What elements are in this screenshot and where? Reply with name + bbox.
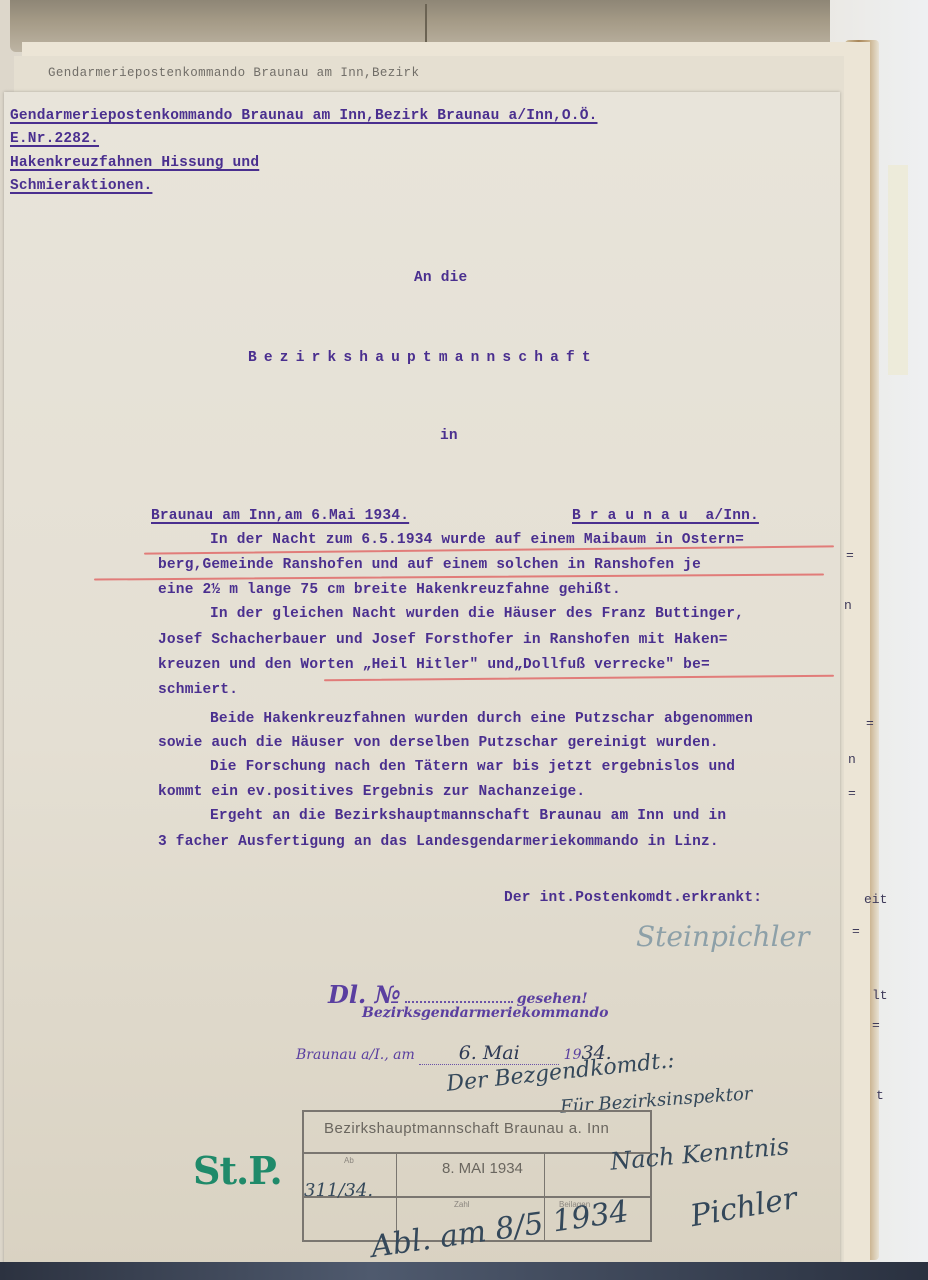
- routing-stamp: St.P.: [193, 1148, 282, 1193]
- recipient: Bezirkshauptmannschaft: [248, 350, 598, 366]
- registry-stamp-title: Bezirkshauptmannschaft Braunau a. Inn: [324, 1120, 609, 1137]
- destination: B r a u n a u a/Inn.: [572, 508, 759, 524]
- background-sheet-header: Gendarmeriepostenkommando Braunau am Inn…: [48, 66, 419, 80]
- body-line: Josef Schacherbauer und Josef Forsthofer…: [158, 632, 728, 648]
- body-line: kommt ein ev.positives Ergebnis zur Nach…: [158, 784, 585, 800]
- body-line: 3 facher Ausfertigung an das Landesgenda…: [158, 834, 719, 850]
- folder-seam: [425, 4, 427, 46]
- address-to: An die: [414, 270, 467, 286]
- underlying-page-fragments: = n = n = eit = lt = t: [840, 0, 900, 1280]
- body-line: kreuzen und den Worten „Heil Hitler" und…: [158, 657, 710, 673]
- handwritten-signature: Steinpichler: [636, 920, 810, 953]
- body-line: sowie auch die Häuser von derselben Putz…: [158, 735, 719, 751]
- body-line: schmiert.: [158, 682, 238, 698]
- red-pencil-underline: [94, 573, 824, 580]
- body-line: Beide Hakenkreuzfahnen wurden durch eine…: [210, 711, 753, 727]
- body-line: In der gleichen Nacht wurden die Häuser …: [210, 606, 744, 622]
- body-line: In der Nacht zum 6.5.1934 wurde auf eine…: [210, 532, 744, 548]
- address-in: in: [440, 428, 458, 444]
- subject-line-1: Hakenkreuzfahnen Hissung und: [10, 155, 259, 171]
- table-surface: [0, 1262, 928, 1280]
- signature-line: Der int.Postenkomdt.erkrankt:: [504, 890, 762, 906]
- body-line: Ergeht an die Bezirkshauptmannschaft Bra…: [210, 808, 726, 824]
- body-line: berg,Gemeinde Ranshofen und auf einem so…: [158, 557, 701, 573]
- registry-received-date: 8. MAI 1934: [442, 1160, 523, 1177]
- red-pencil-underline: [324, 675, 834, 681]
- file-number: E.Nr.2282.: [10, 131, 99, 147]
- subject-line-2: Schmieraktionen.: [10, 178, 152, 194]
- seen-stamp-authority: Bezirksgendarmeriekommando: [362, 1005, 608, 1021]
- body-line: eine 2½ m lange 75 cm breite Hakenkreuzf…: [158, 582, 621, 598]
- body-line: Die Forschung nach den Tätern war bis je…: [210, 759, 735, 775]
- place-and-date: Braunau am Inn,am 6.Mai 1934.: [151, 508, 409, 524]
- office-header: Gendarmeriepostenkommando Braunau am Inn…: [10, 108, 598, 124]
- reference-number: 311/34.: [304, 1180, 373, 1201]
